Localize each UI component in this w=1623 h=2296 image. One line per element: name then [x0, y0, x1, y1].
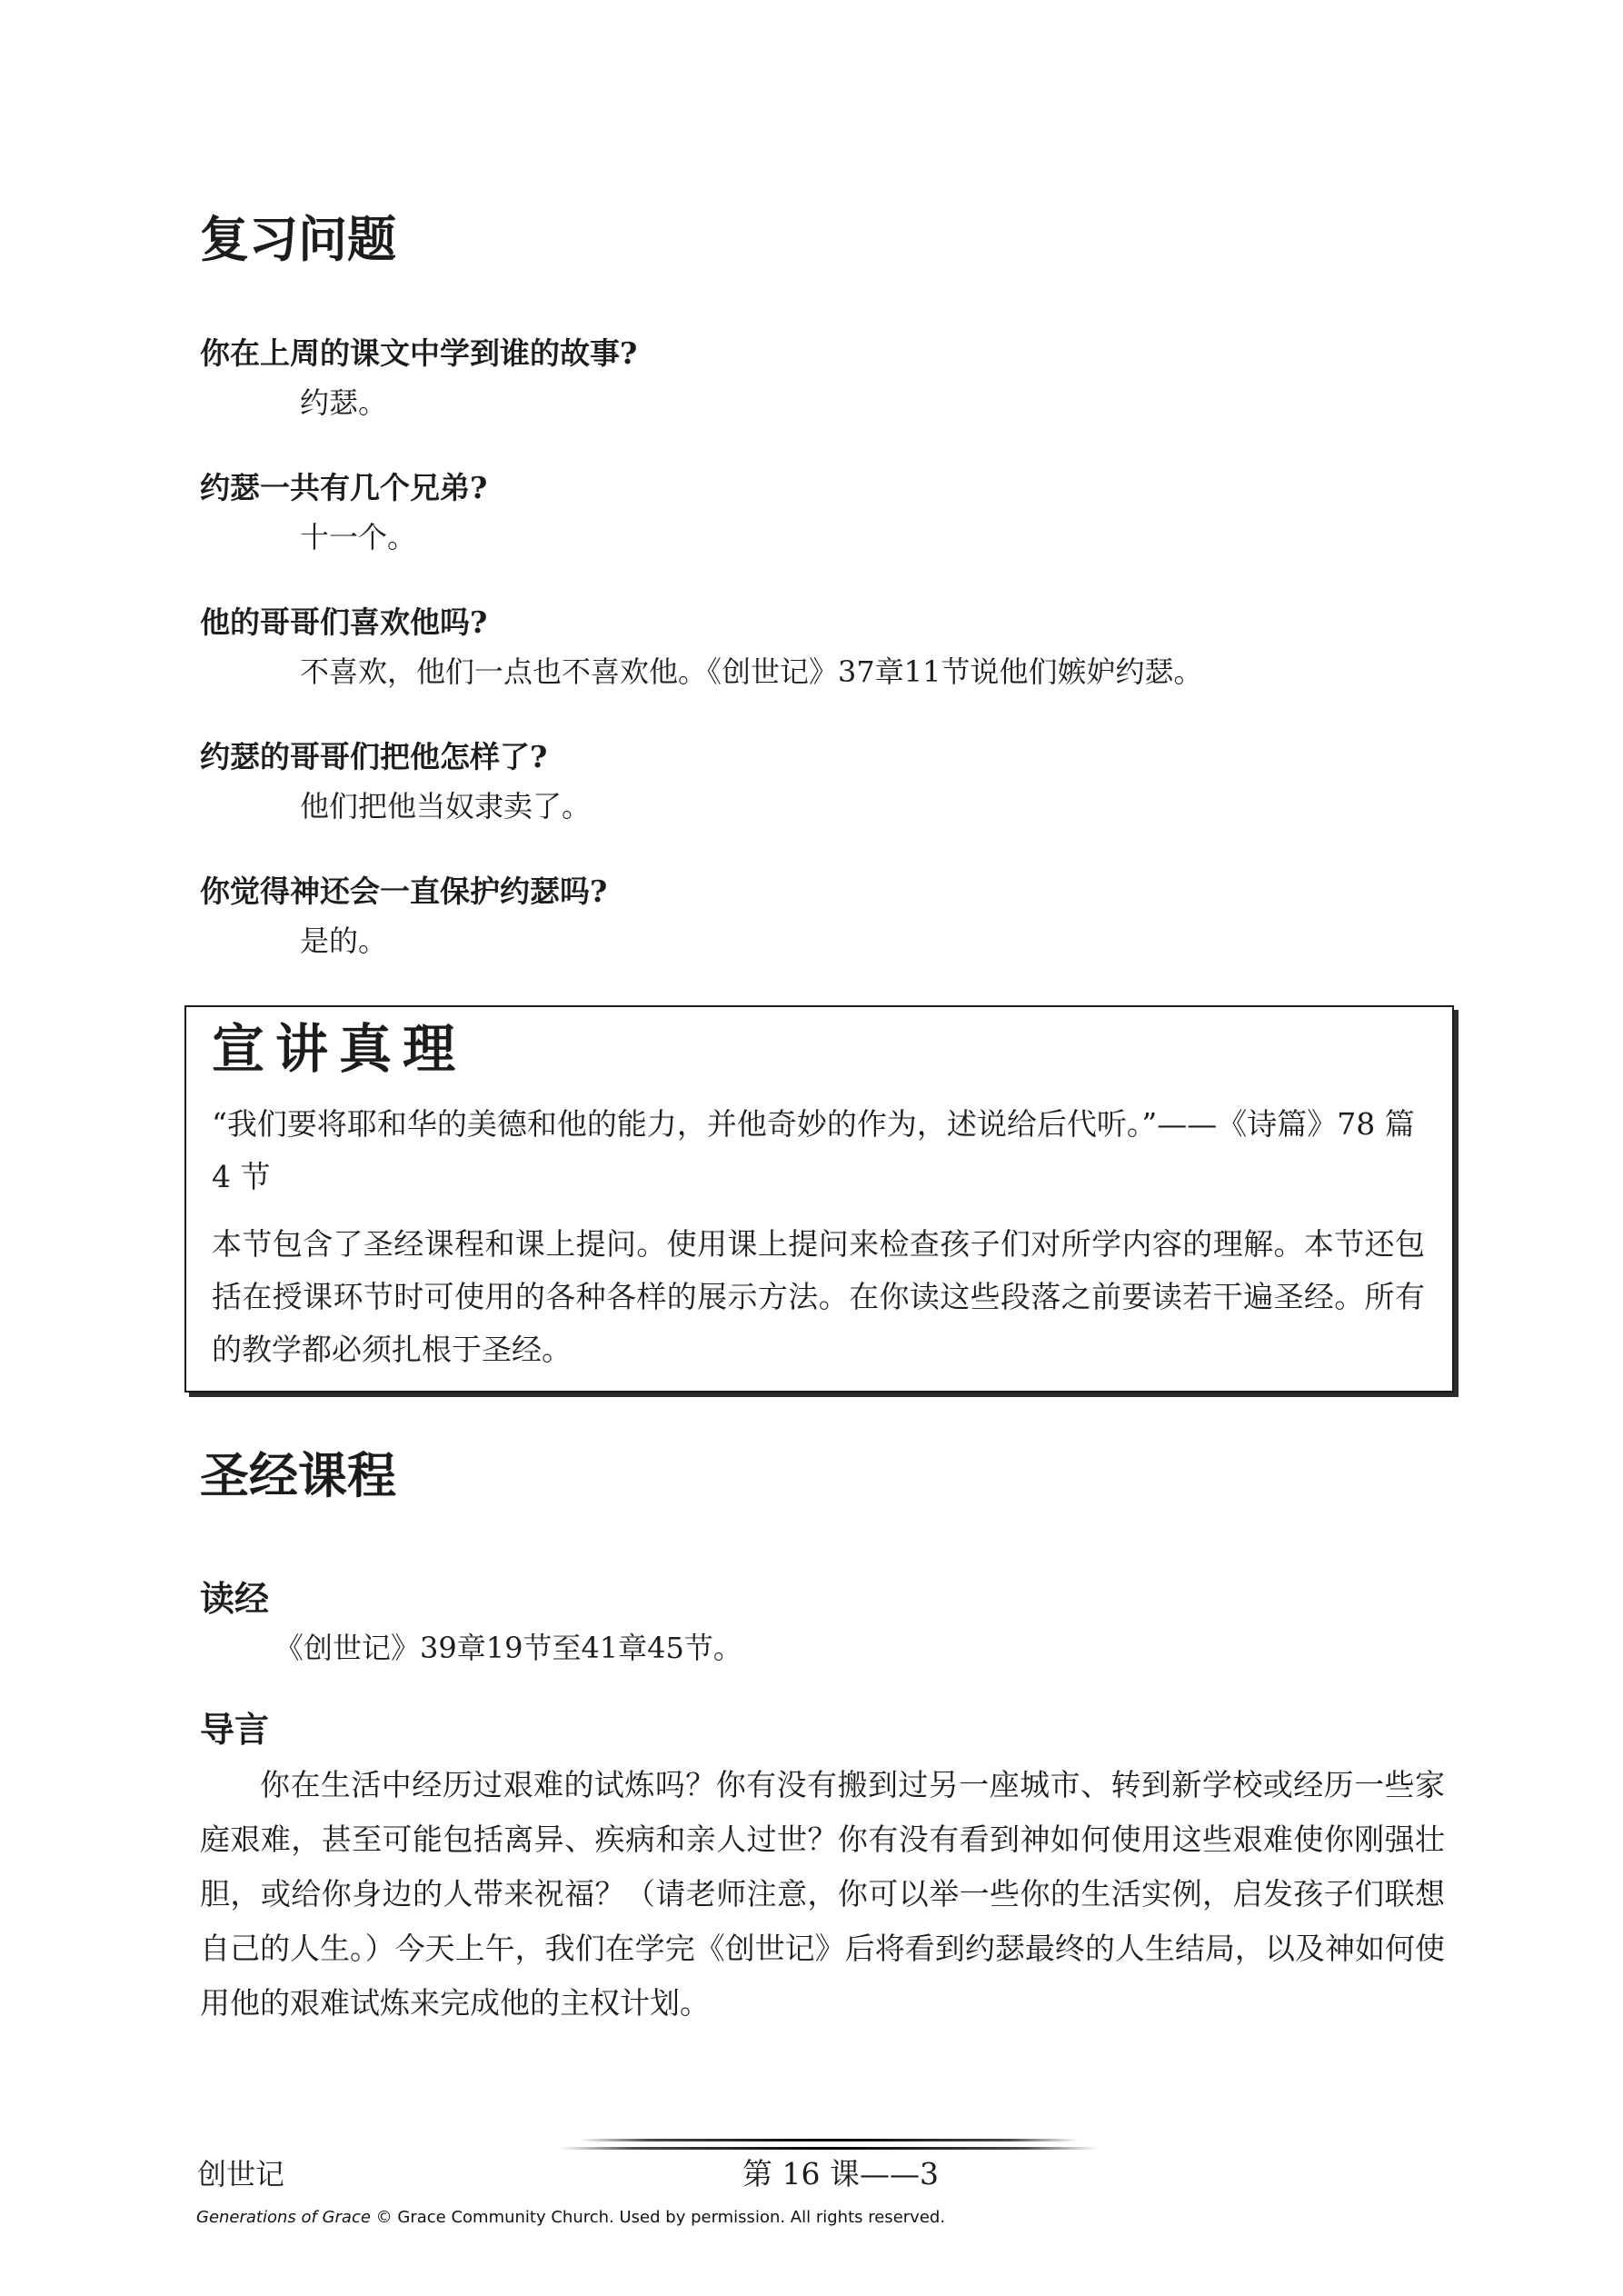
question-2: 约瑟一共有几个兄弟? [200, 467, 1445, 509]
question-3: 他的哥哥们喜欢他吗? [200, 602, 1445, 644]
question-4: 约瑟的哥哥们把他怎样了? [200, 736, 1445, 778]
qa-group-3: 他的哥哥们喜欢他吗? 不喜欢，他们一点也不喜欢他。《创世记》37章11节说他们嫉… [200, 602, 1445, 693]
bible-lesson-title: 圣经课程 [200, 1445, 1445, 1505]
psalm-quote: “我们要将耶和华的美德和他的能力，并他奇妙的作为，述说给后代听。”——《诗篇》7… [212, 1098, 1425, 1203]
review-questions-title: 复习问题 [200, 209, 1445, 269]
answer-1: 约瑟。 [200, 382, 1445, 424]
qa-group-2: 约瑟一共有几个兄弟? 十一个。 [200, 467, 1445, 558]
footer-copyright: Generations of Grace © Grace Community C… [196, 2207, 945, 2229]
divider-line-bottom [560, 2147, 1098, 2150]
answer-4: 他们把他当奴隶卖了。 [200, 785, 1445, 827]
reading-heading: 读经 [200, 1576, 1445, 1622]
divider-line-top [580, 2139, 1078, 2141]
question-1: 你在上周的课文中学到谁的故事? [200, 333, 1445, 374]
answer-2: 十一个。 [200, 516, 1445, 558]
copyright-text: © Grace Community Church. Used by permis… [371, 2208, 945, 2227]
qa-group-1: 你在上周的课文中学到谁的故事? 约瑟。 [200, 333, 1445, 424]
qa-group-5: 你觉得神还会一直保护约瑟吗? 是的。 [200, 871, 1445, 962]
introduction-heading: 导言 [200, 1707, 1445, 1752]
proclaim-truth-box: 宣讲真理 “我们要将耶和华的美德和他的能力，并他奇妙的作为，述说给后代听。”——… [184, 1005, 1454, 1393]
reading-reference: 《创世记》39章19节至41章45节。 [200, 1627, 1445, 1669]
answer-5: 是的。 [200, 920, 1445, 962]
footer-lesson-page-number: 第 16 课——3 [632, 2154, 1050, 2194]
proclaim-truth-title: 宣讲真理 [212, 1020, 1425, 1078]
page-footer: 创世记 第 16 课——3 Generations of Grace © Gra… [0, 2131, 1623, 2250]
footer-divider [560, 2139, 1098, 2150]
answer-3: 不喜欢，他们一点也不喜欢他。《创世记》37章11节说他们嫉妒约瑟。 [200, 651, 1445, 693]
copyright-series-name: Generations of Grace [196, 2208, 371, 2227]
introduction-paragraph: 你在生活中经历过艰难的试炼吗？你有没有搬到过另一座城市、转到新学校或经历一些家庭… [200, 1758, 1445, 2031]
footer-book-title: 创世记 [197, 2154, 284, 2194]
document-page: 复习问题 你在上周的课文中学到谁的故事? 约瑟。 约瑟一共有几个兄弟? 十一个。… [0, 0, 1623, 2296]
qa-group-4: 约瑟的哥哥们把他怎样了? 他们把他当奴隶卖了。 [200, 736, 1445, 827]
proclaim-description: 本节包含了圣经课程和课上提问。使用课上提问来检查孩子们对所学内容的理解。本节还包… [212, 1218, 1425, 1376]
question-5: 你觉得神还会一直保护约瑟吗? [200, 871, 1445, 913]
